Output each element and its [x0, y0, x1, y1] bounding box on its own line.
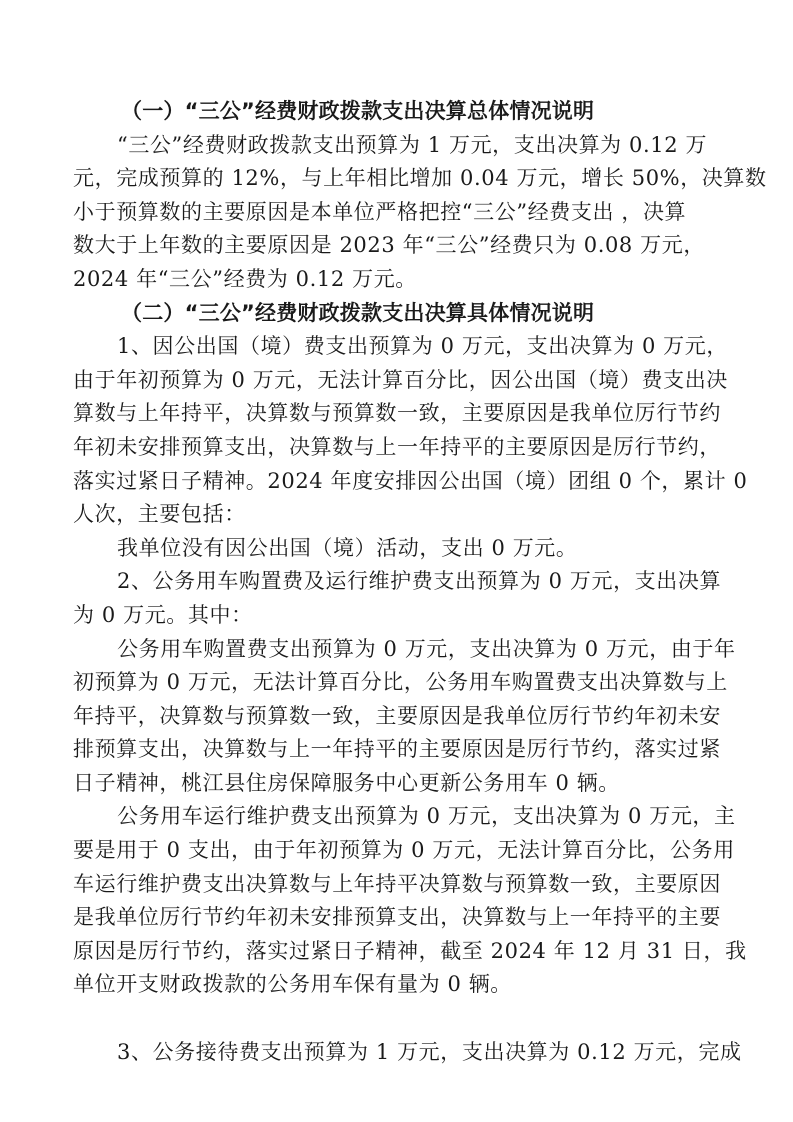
text-line: 人次，主要包括：	[73, 498, 733, 532]
text-line: 3、公务接待费支出预算为 1 万元，支出决算为 0.12 万元，完成	[73, 1036, 733, 1070]
text-line: 车运行维护费支出决算数与上年持平决算数与预算数一致，主要原因	[73, 868, 733, 902]
text-line: 年初未安排预算支出，决算数与上一年持平的主要原因是厉行节约，	[73, 431, 733, 465]
text-line: 为 0 万元。其中：	[73, 599, 733, 633]
text-line: 2024 年“三公”经费为 0.12 万元。	[73, 263, 733, 297]
text-line: 落实过紧日子精神。2024 年度安排因公出国（境）团组 0 个，累计 0	[73, 465, 733, 499]
text-line: 日子精神，桃江县住房保障服务中心更新公务用车 0 辆。	[73, 767, 733, 801]
paragraph-vehicle-total: 2、公务用车购置费及运行维护费支出预算为 0 万元，支出决算 为 0 万元。其中…	[73, 565, 733, 632]
document-page: （一）“三公”经费财政拨款支出决算总体情况说明 “三公”经费财政拨款支出预算为 …	[73, 95, 733, 1069]
text-line: 要是用于 0 支出，由于年初预算为 0 万元，无法计算百分比，公务用	[73, 834, 733, 868]
text-line: “三公”经费财政拨款支出预算为 1 万元，支出决算为 0.12 万	[73, 129, 733, 163]
text-line: 数大于上年数的主要原因是 2023 年“三公”经费只为 0.08 万元，	[73, 229, 733, 263]
text-line: 小于预算数的主要原因是本单位严格把控“三公”经费支出 ，决算	[73, 196, 733, 230]
section-heading-detail: （二）“三公”经费财政拨款支出决算具体情况说明	[73, 297, 733, 331]
paragraph-vehicle-purchase: 公务用车购置费支出预算为 0 万元，支出决算为 0 万元，由于年 初预算为 0 …	[73, 633, 733, 801]
text-line: 是我单位厉行节约年初未安排预算支出，决算数与上一年持平的主要	[73, 901, 733, 935]
paragraph-no-overseas-activity: 我单位没有因公出国（境）活动，支出 0 万元。	[73, 532, 733, 566]
text-line: 元，完成预算的 12%，与上年相比增加 0.04 万元，增长 50%，决算数	[73, 162, 733, 196]
paragraph-vehicle-maintenance: 公务用车运行维护费支出预算为 0 万元，支出决算为 0 万元，主 要是用于 0 …	[73, 800, 733, 1002]
text-line: 公务用车购置费支出预算为 0 万元，支出决算为 0 万元，由于年	[73, 633, 733, 667]
section-heading-overall: （一）“三公”经费财政拨款支出决算总体情况说明	[73, 95, 733, 129]
paragraph-reception-expense: 3、公务接待费支出预算为 1 万元，支出决算为 0.12 万元，完成	[73, 1036, 733, 1070]
text-line: 原因是厉行节约，落实过紧日子精神，截至 2024 年 12 月 31 日，我	[73, 935, 733, 969]
paragraph-overall-summary: “三公”经费财政拨款支出预算为 1 万元，支出决算为 0.12 万 元，完成预算…	[73, 129, 733, 297]
text-line: 2、公务用车购置费及运行维护费支出预算为 0 万元，支出决算	[73, 565, 733, 599]
text-line: 年持平，决算数与预算数一致，主要原因是我单位厉行节约年初未安	[73, 700, 733, 734]
text-line: 排预算支出，决算数与上一年持平的主要原因是厉行节约，落实过紧	[73, 733, 733, 767]
text-line: 单位开支财政拨款的公务用车保有量为 0 辆。	[73, 968, 733, 1002]
paragraph-overseas-travel: 1、因公出国（境）费支出预算为 0 万元，支出决算为 0 万元， 由于年初预算为…	[73, 330, 733, 532]
text-line: 1、因公出国（境）费支出预算为 0 万元，支出决算为 0 万元，	[73, 330, 733, 364]
text-line: 我单位没有因公出国（境）活动，支出 0 万元。	[73, 532, 733, 566]
text-line: 由于年初预算为 0 万元，无法计算百分比，因公出国（境）费支出决	[73, 364, 733, 398]
blank-line	[73, 1002, 733, 1036]
text-line: 初预算为 0 万元，无法计算百分比，公务用车购置费支出决算数与上	[73, 666, 733, 700]
text-line: 公务用车运行维护费支出预算为 0 万元，支出决算为 0 万元，主	[73, 800, 733, 834]
text-line: 算数与上年持平，决算数与预算数一致，主要原因是我单位厉行节约	[73, 397, 733, 431]
